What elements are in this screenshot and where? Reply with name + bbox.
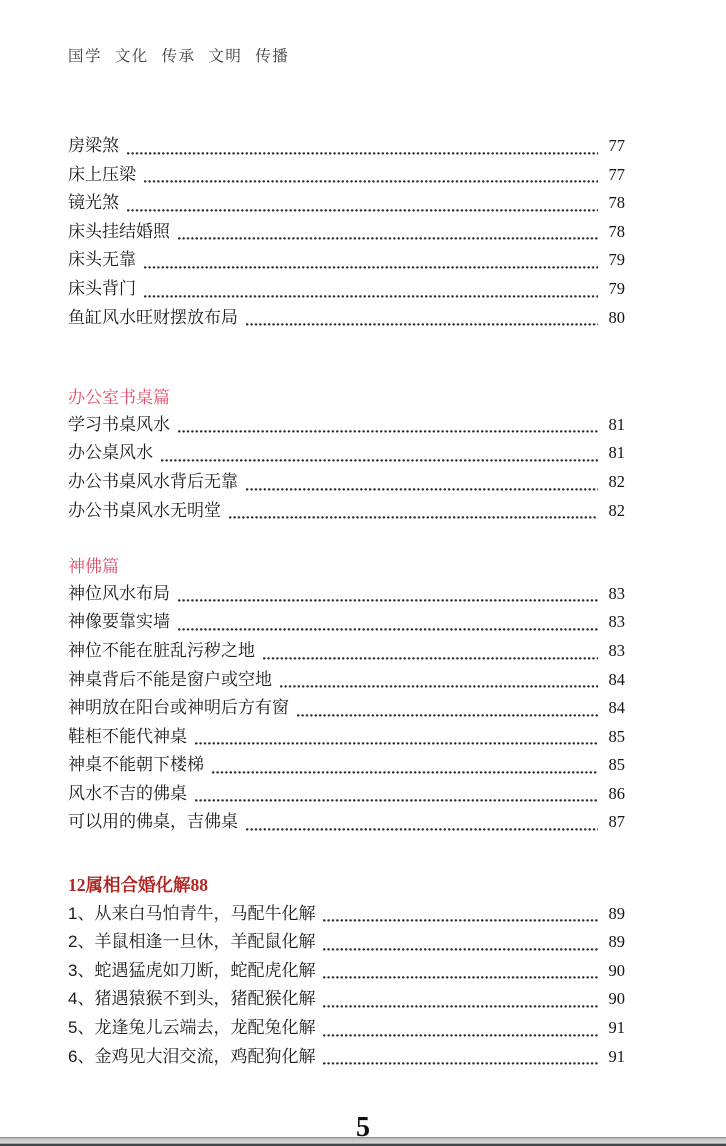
toc-entry-title: 床头背门 [68, 274, 136, 299]
toc-entry-page-number: 77 [603, 165, 625, 185]
toc-entry-title: 房梁煞 [68, 131, 119, 156]
toc-entry-title: 鱼缸风水旺财摆放布局 [68, 303, 238, 328]
toc-entry: 床头背门79 [68, 274, 625, 303]
toc-entry: 1、从来白马怕青牛，马配牛化解89 [68, 899, 625, 928]
toc-entry-page-number: 90 [603, 989, 625, 1009]
dot-leader [246, 488, 598, 491]
dot-leader [263, 657, 598, 660]
toc-entry: 神位风水布局83 [68, 579, 625, 608]
toc-entry: 房梁煞77 [68, 131, 625, 160]
toc-entry-page-number: 83 [603, 641, 625, 661]
toc-entry: 2、羊鼠相逢一旦休，羊配鼠化解89 [68, 927, 625, 956]
dot-leader [195, 742, 598, 745]
toc-entry: 办公书桌风水无明堂82 [68, 496, 625, 525]
dot-leader [144, 180, 598, 183]
dot-leader [323, 976, 598, 979]
toc-entry: 办公桌风水81 [68, 438, 625, 467]
toc-entry: 床头无靠79 [68, 245, 625, 274]
toc-entry-title: 可以用的佛桌，吉佛桌 [68, 807, 238, 832]
toc-entry-page-number: 82 [603, 501, 625, 521]
toc-entry-page-number: 85 [603, 755, 625, 775]
toc-entry-page-number: 83 [603, 584, 625, 604]
toc-entry-title: 神桌不能朝下楼梯 [68, 750, 204, 775]
dot-leader [195, 799, 598, 802]
toc-entry-title: 神像要靠实墙 [68, 607, 170, 632]
dot-leader [178, 628, 598, 631]
table-of-contents: 房梁煞77床上压梁77镜光煞78床头挂结婚照78床头无靠79床头背门79鱼缸风水… [68, 131, 625, 1070]
toc-entry-page-number: 86 [603, 784, 625, 804]
toc-entry: 神桌不能朝下楼梯85 [68, 750, 625, 779]
dot-leader [127, 152, 598, 155]
dot-leader [178, 599, 598, 602]
dot-leader [246, 828, 598, 831]
toc-entry-title: 床头无靠 [68, 245, 136, 270]
toc-entry: 鱼缸风水旺财摆放布局80 [68, 303, 625, 332]
section-heading: 神佛篇 [68, 550, 625, 579]
dot-leader [280, 685, 598, 688]
toc-entry: 学习书桌风水81 [68, 410, 625, 439]
toc-entry-title: 办公书桌风水无明堂 [68, 496, 221, 521]
dot-leader [246, 323, 598, 326]
toc-entry-title: 神明放在阳台或神明后方有窗 [68, 693, 289, 718]
toc-entry: 可以用的佛桌，吉佛桌87 [68, 807, 625, 836]
dot-leader [323, 919, 598, 922]
dot-leader [161, 459, 598, 462]
toc-entry-page-number: 90 [603, 961, 625, 981]
toc-entry-title: 鞋柜不能代神桌 [68, 722, 187, 747]
toc-entry-title: 神位不能在脏乱污秽之地 [68, 636, 255, 661]
toc-entry-page-number: 79 [603, 279, 625, 299]
document-page: 国学 文化 传承 文明 传播 房梁煞77床上压梁77镜光煞78床头挂结婚照78床… [0, 0, 726, 1146]
dot-leader [178, 430, 598, 433]
toc-entry: 鞋柜不能代神桌85 [68, 722, 625, 751]
dot-leader [323, 948, 598, 951]
dot-leader [212, 771, 598, 774]
toc-entry: 床头挂结婚照78 [68, 217, 625, 246]
toc-entry-title: 3、蛇遇猛虎如刀断，蛇配虎化解 [68, 956, 315, 981]
dot-leader [323, 1034, 598, 1037]
toc-entry-title: 1、从来白马怕青牛，马配牛化解 [68, 899, 315, 924]
toc-entry-page-number: 85 [603, 727, 625, 747]
dot-leader [297, 714, 598, 717]
toc-entry: 风水不吉的佛桌86 [68, 779, 625, 808]
toc-entry: 神桌背后不能是窗户或空地84 [68, 665, 625, 694]
toc-entry-page-number: 79 [603, 250, 625, 270]
dot-leader [323, 1005, 598, 1008]
dot-leader [144, 266, 598, 269]
toc-entry-title: 镜光煞 [68, 188, 119, 213]
toc-entry-page-number: 78 [603, 193, 625, 213]
toc-entry-title: 办公书桌风水背后无靠 [68, 467, 238, 492]
toc-entry-page-number: 84 [603, 698, 625, 718]
toc-entry-title: 风水不吉的佛桌 [68, 779, 187, 804]
toc-entry: 6、金鸡见大泪交流，鸡配狗化解91 [68, 1042, 625, 1071]
toc-entry: 神位不能在脏乱污秽之地83 [68, 636, 625, 665]
toc-entry: 4、猪遇猿猴不到头，猪配猴化解90 [68, 984, 625, 1013]
dot-leader [229, 516, 598, 519]
toc-entry-page-number: 89 [603, 904, 625, 924]
toc-entry-title: 5、龙逢兔儿云端去，龙配兔化解 [68, 1013, 315, 1038]
dot-leader [144, 295, 598, 298]
page-header-slogan: 国学 文化 传承 文明 传播 [68, 44, 289, 66]
toc-entry: 床上压梁77 [68, 160, 625, 189]
toc-entry-title: 4、猪遇猿猴不到头，猪配猴化解 [68, 984, 315, 1009]
toc-entry: 3、蛇遇猛虎如刀断，蛇配虎化解90 [68, 956, 625, 985]
toc-entry-page-number: 81 [603, 415, 625, 435]
toc-entry-page-number: 87 [603, 812, 625, 832]
toc-entry-page-number: 77 [603, 136, 625, 156]
toc-entry-title: 床上压梁 [68, 160, 136, 185]
toc-entry-title: 学习书桌风水 [68, 410, 170, 435]
toc-entry: 镜光煞78 [68, 188, 625, 217]
section-heading: 办公室书桌篇 [68, 381, 625, 410]
toc-entry-page-number: 82 [603, 472, 625, 492]
section-heading: 12属相合婚化解88 [68, 870, 625, 899]
toc-entry-title: 神位风水布局 [68, 579, 170, 604]
toc-entry: 办公书桌风水背后无靠82 [68, 467, 625, 496]
toc-entry-page-number: 78 [603, 222, 625, 242]
dot-leader [323, 1062, 598, 1065]
toc-entry-page-number: 84 [603, 670, 625, 690]
dot-leader [178, 237, 598, 240]
page-bottom-divider-bar [0, 1137, 726, 1144]
toc-entry-page-number: 81 [603, 443, 625, 463]
toc-entry-title: 6、金鸡见大泪交流，鸡配狗化解 [68, 1042, 315, 1067]
toc-entry: 5、龙逢兔儿云端去，龙配兔化解91 [68, 1013, 625, 1042]
toc-entry-page-number: 91 [603, 1018, 625, 1038]
toc-entry-page-number: 80 [603, 308, 625, 328]
toc-entry-page-number: 91 [603, 1047, 625, 1067]
toc-entry: 神明放在阳台或神明后方有窗84 [68, 693, 625, 722]
toc-entry-title: 2、羊鼠相逢一旦休，羊配鼠化解 [68, 927, 315, 952]
dot-leader [127, 209, 598, 212]
toc-entry-title: 床头挂结婚照 [68, 217, 170, 242]
toc-entry-page-number: 89 [603, 932, 625, 952]
toc-entry: 神像要靠实墙83 [68, 607, 625, 636]
toc-entry-page-number: 83 [603, 612, 625, 632]
toc-entry-title: 神桌背后不能是窗户或空地 [68, 665, 272, 690]
toc-entry-title: 办公桌风水 [68, 438, 153, 463]
